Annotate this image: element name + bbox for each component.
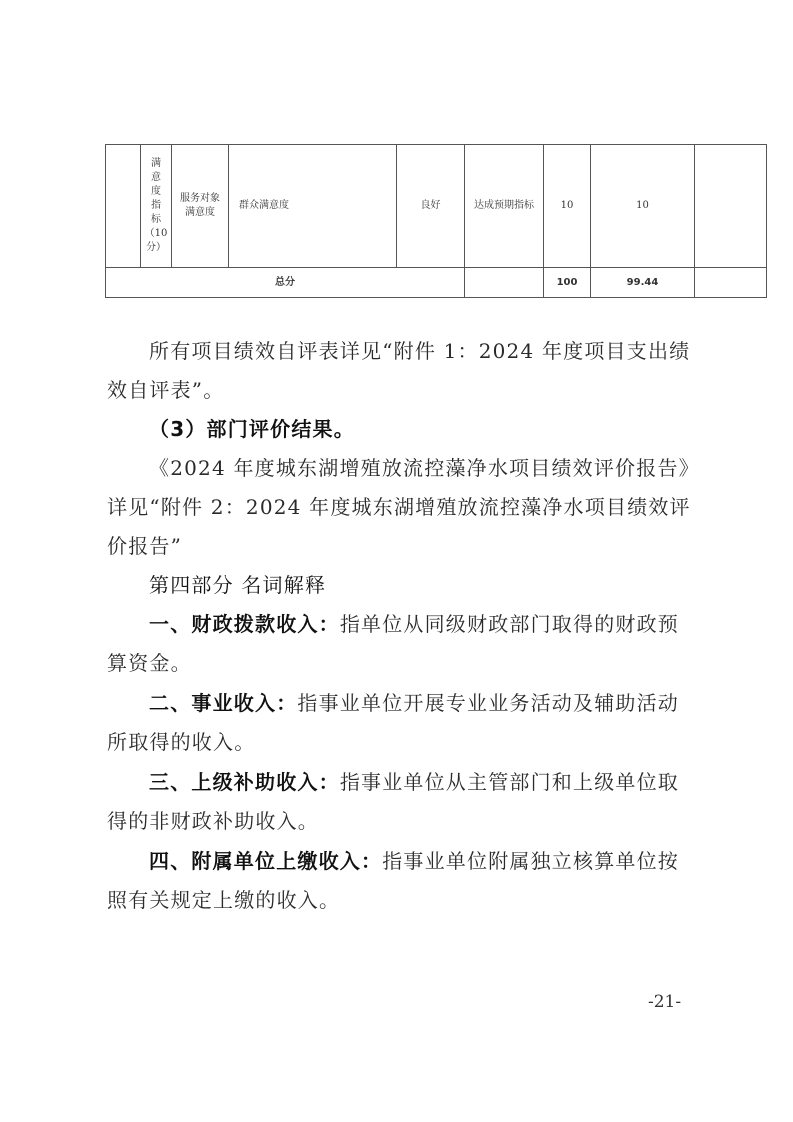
page-number: -21-: [648, 992, 681, 1012]
cell-line: 满意度: [172, 206, 228, 220]
definition-term: 四、附属单位上缴收入：: [149, 849, 382, 873]
cell-line: 度: [141, 185, 171, 199]
document-page: 满 意 度 指 标 （10 分） 服务对象 满意度 群众满意度 良好 达成预期指…: [0, 0, 793, 1122]
cell-line: 分）: [141, 241, 171, 255]
definition-term: 二、事业收入：: [149, 691, 297, 715]
definition-4: 四、附属单位上缴收入：指事业单位附属独立核算单位按照有关规定上缴的收入。: [107, 842, 697, 920]
cell-line: （10: [141, 227, 171, 241]
total-empty-cell: [465, 268, 544, 298]
definition-1: 一、财政拨款收入：指单位从同级财政部门取得的财政预算资金。: [107, 605, 697, 683]
total-remark-cell: [695, 268, 767, 298]
table-row: 满 意 度 指 标 （10 分） 服务对象 满意度 群众满意度 良好 达成预期指…: [106, 145, 767, 268]
total-score-cell: 99.44: [591, 268, 695, 298]
indicator-category-cell: 满 意 度 指 标 （10 分）: [141, 145, 172, 268]
table-cell-empty: [106, 145, 141, 268]
cell-line: 服务对象: [172, 192, 228, 206]
cell-line: 标: [141, 213, 171, 227]
target-value-cell: 良好: [397, 145, 465, 268]
total-weight-cell: 100: [544, 268, 591, 298]
score-cell: 10: [591, 145, 695, 268]
indicator-name-cell: 群众满意度: [229, 145, 397, 268]
definition-2: 二、事业收入：指事业单位开展专业业务活动及辅助活动所取得的收入。: [107, 684, 697, 762]
definition-term: 三、上级补助收入：: [149, 770, 340, 794]
section-title: 第四部分 名词解释: [107, 566, 697, 605]
cell-line: 满: [141, 157, 171, 171]
actual-value-cell: 达成预期指标: [465, 145, 544, 268]
paragraph-self-evaluation: 所有项目绩效自评表详见“附件 1：2024 年度项目支出绩效自评表”。: [107, 332, 697, 410]
cell-line: 指: [141, 199, 171, 213]
definition-3: 三、上级补助收入：指事业单位从主管部门和上级单位取得的非财政补助收入。: [107, 763, 697, 841]
weight-cell: 10: [544, 145, 591, 268]
total-label-cell: 总分: [106, 268, 465, 298]
cell-line: 意: [141, 171, 171, 185]
total-row: 总分 100 99.44: [106, 268, 767, 298]
performance-table: 满 意 度 指 标 （10 分） 服务对象 满意度 群众满意度 良好 达成预期指…: [105, 144, 767, 298]
sub-indicator-cell: 服务对象 满意度: [172, 145, 229, 268]
subheading-dept-evaluation: （3）部门评价结果。: [107, 410, 697, 449]
definition-term: 一、财政拨款收入：: [149, 612, 340, 636]
remark-cell: [695, 145, 767, 268]
paragraph-evaluation-report: 《2024 年度城东湖增殖放流控藻净水项目绩效评价报告》详见“附件 2：2024…: [107, 449, 697, 566]
